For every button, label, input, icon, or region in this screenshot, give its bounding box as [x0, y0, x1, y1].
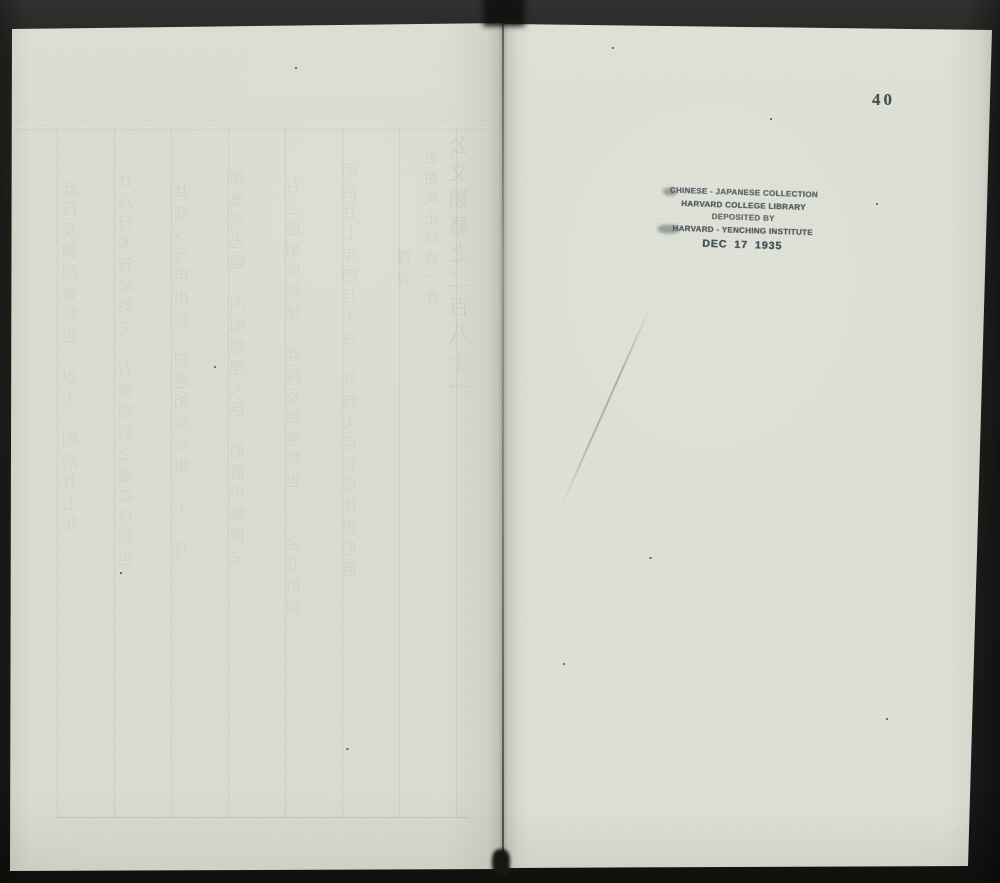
paper-speck [886, 718, 888, 720]
library-stamp: CHINESE - JAPANESE COLLECTION HARVARD CO… [659, 185, 827, 253]
bleed-through-column: 廿八日本省に於て 右者別紙之通に付候也 [119, 172, 135, 571]
bleed-through-column: 右之通相成候條 此段及御達候也 一金五拾圓 [287, 178, 303, 619]
page-number: 40 [872, 90, 895, 110]
paper-speck [295, 67, 297, 69]
bleed-column-rule [399, 128, 400, 818]
bleed-through-column: 陸奥宗光殿 內閣總理大臣 伯爵伊藤博文 [231, 170, 247, 569]
bleed-column-rule [57, 128, 58, 818]
diagonal-crease [561, 305, 652, 507]
bleed-column-rule [114, 128, 115, 818]
bleed-through-column: 明治廿七年四月十日 外務大臣官房往復伯爵 [343, 162, 359, 582]
paper-speck [649, 557, 652, 559]
bleed-through-column: 隊谷 [397, 250, 412, 290]
bleed-through-column: 公文類纂之二百八十一 [450, 134, 471, 404]
book-scan-photo: 公文類纂之二百八十一 表謝統正同收一件 隊谷 明治廿七年四月十日 外務大臣官房往… [0, 0, 1000, 883]
paper-speck [563, 663, 565, 665]
bleed-through-column: 此段及御照會候也 以上 明治廿七年 [63, 180, 79, 537]
bleed-through-column: 表謝統正同收一件 [425, 150, 440, 310]
bleed-column-rule [171, 128, 172, 818]
bleed-frame-bottom-rule [54, 817, 469, 818]
right-page: 40 CHINESE - JAPANESE COLLECTION HARVARD… [503, 22, 995, 870]
binding-notch [492, 849, 510, 876]
paper-speck [120, 572, 122, 574]
spine-shadow-top [483, 0, 525, 26]
paper-speck [612, 47, 614, 49]
left-page: 公文類纂之二百八十一 表謝統正同收一件 隊谷 明治廿七年四月十日 外務大臣官房往… [6, 22, 503, 872]
paper-speck [770, 118, 772, 120]
paper-speck [346, 748, 349, 750]
paper-speck [214, 366, 216, 368]
bleed-through-column: 其筋へ可申出旨 御達相成候事 十二月 [175, 184, 191, 562]
paper-speck [876, 203, 878, 205]
horizontal-crease [16, 127, 498, 130]
